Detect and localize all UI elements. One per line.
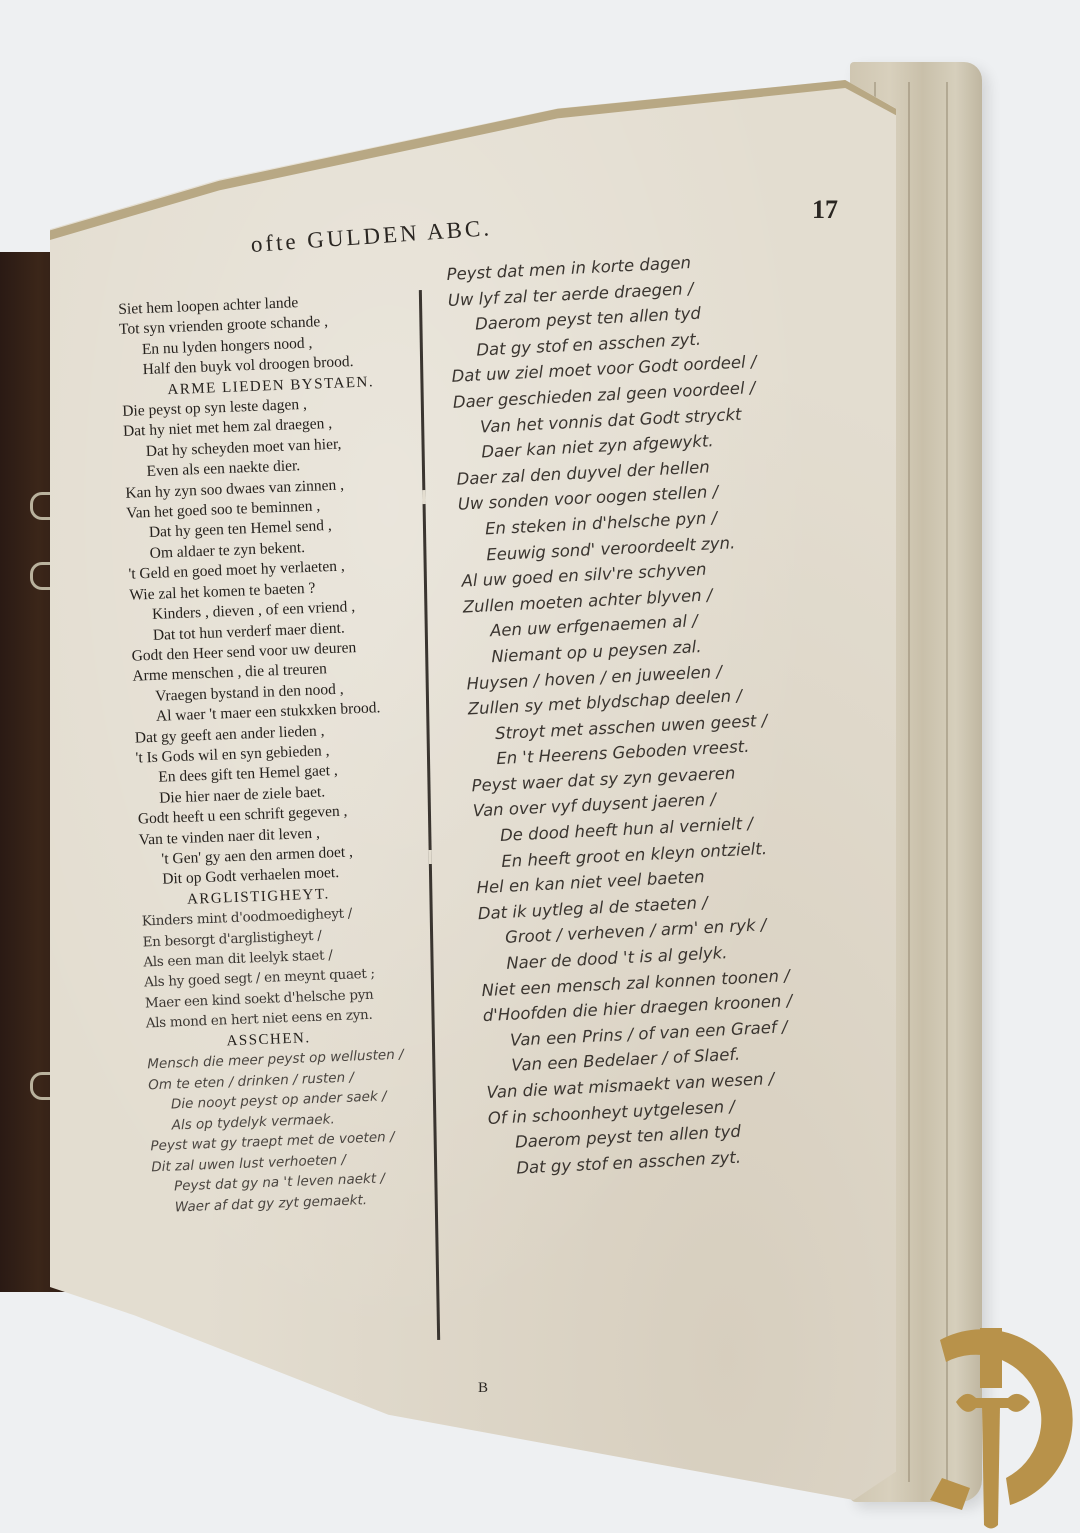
left-column: Siet hem loopen achter lande Tot syn vri… — [118, 288, 473, 1219]
page-number: 17 — [812, 195, 838, 225]
right-column: Peyst dat men in korte dagen Uw lyf zal … — [446, 241, 911, 1182]
monogram-logo-icon — [920, 1310, 1080, 1533]
signature-mark: B — [478, 1380, 488, 1397]
